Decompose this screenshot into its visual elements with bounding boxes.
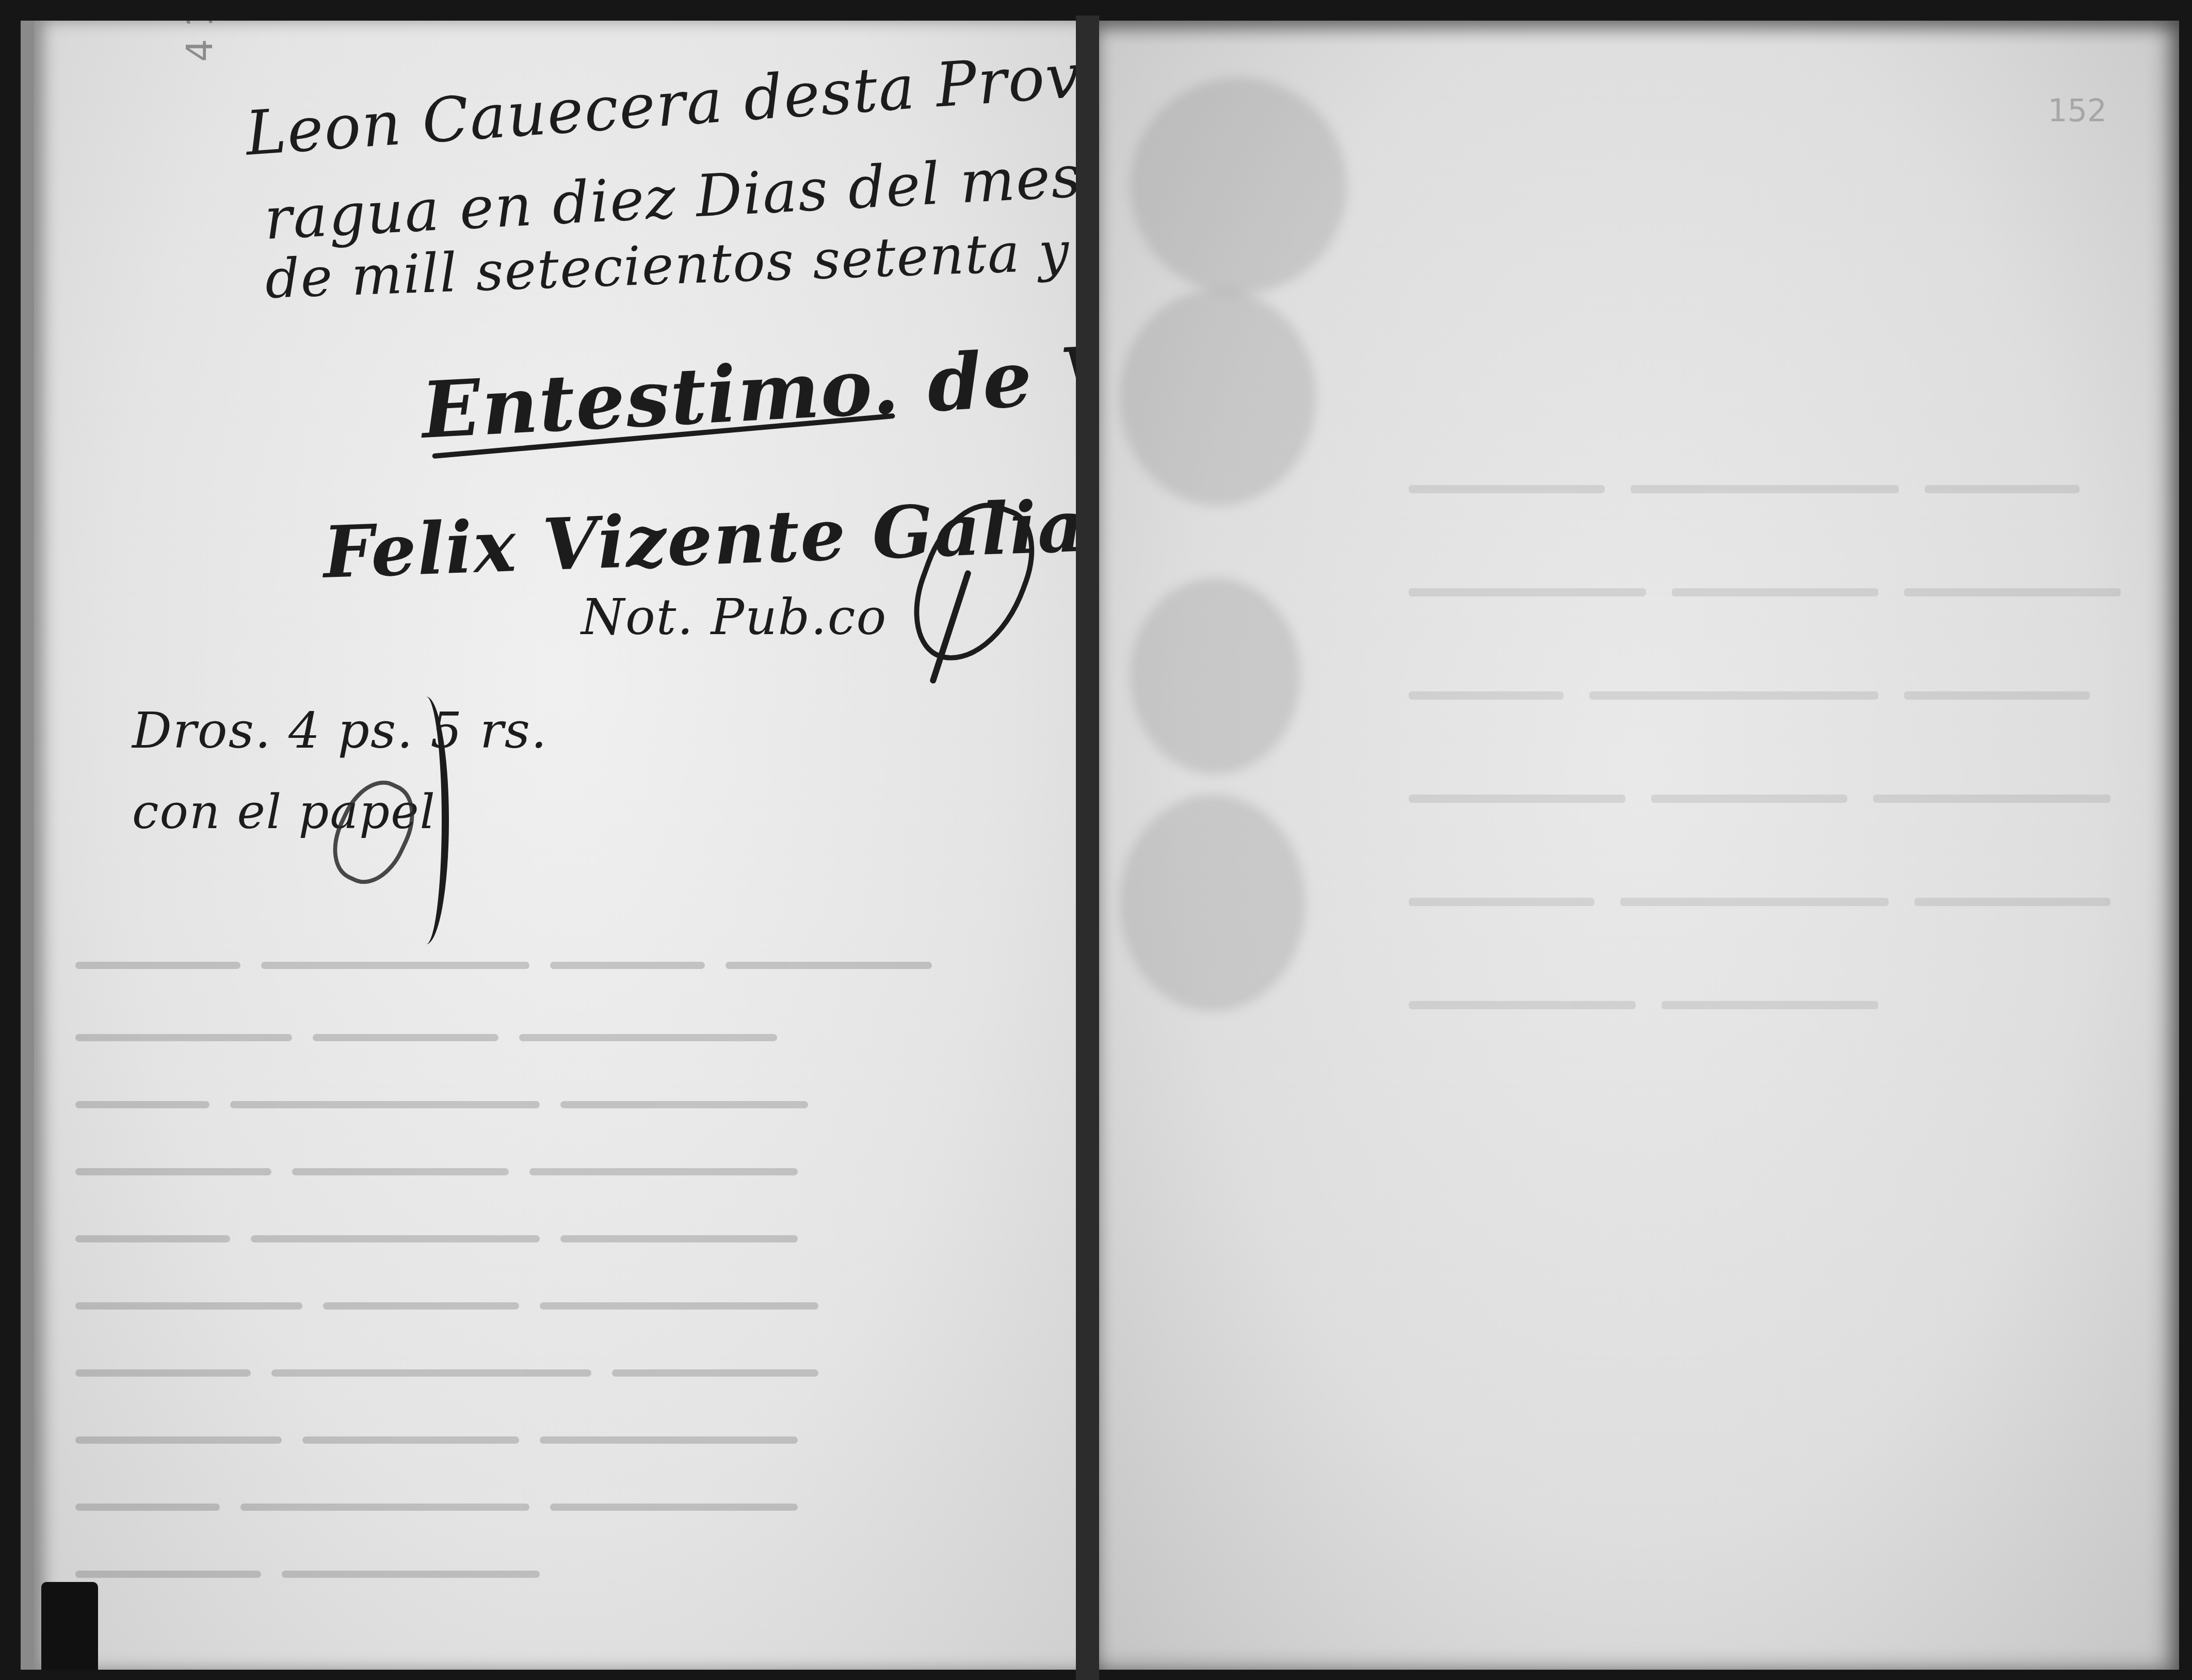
bleed-through-text: [75, 1569, 1045, 1593]
bleed-through-text: [1409, 691, 2116, 712]
bleed-through-text: [75, 1367, 1045, 1392]
right-page: ▇▇▇▇ ▇▇ ▇▇▇▇▇▇▇ ▇▇▇ 152: [1099, 21, 2179, 1670]
folio-number-right: 152: [2048, 93, 2107, 129]
archive-tab: [41, 1582, 98, 1670]
folio-number-left: 4 152: [179, 21, 221, 62]
seal-stain: [1130, 77, 1347, 294]
bleed-through-text: [1409, 588, 2147, 609]
bleed-through-text: [1409, 485, 2105, 506]
bleed-through-text: [75, 1300, 1045, 1325]
bleed-through-text: [1409, 898, 2136, 918]
body-line-1: Leon Cauecera desta Provincia de Nica-: [243, 21, 1089, 169]
bleed-through-text: [75, 1099, 1045, 1124]
book-gutter: [1076, 15, 1099, 1680]
seal-stain: [1120, 795, 1305, 1011]
bleed-through-text: [75, 1233, 1045, 1258]
seal-stain: [1120, 289, 1316, 506]
bleed-through-text: [75, 1166, 1045, 1191]
bleed-through-text: [75, 960, 1045, 984]
fee-note-line-1: Dros. 4 ps. 5 rs.: [132, 702, 548, 760]
signature-testimony: Entestimo. de Verdad: [420, 316, 1089, 456]
bleed-through-text: [75, 1501, 1045, 1526]
bleed-through-text: [1409, 795, 2136, 815]
bleed-through-text: [75, 1032, 1045, 1057]
bleed-through-text: [75, 1434, 1045, 1459]
signature-notary-title: Not. Pub.co: [581, 588, 887, 646]
left-page: 4 152 Leon Cauecera desta Provincia de N…: [21, 21, 1089, 1670]
seal-stain: [1130, 578, 1300, 774]
bleed-through-text: [1409, 1001, 1904, 1022]
